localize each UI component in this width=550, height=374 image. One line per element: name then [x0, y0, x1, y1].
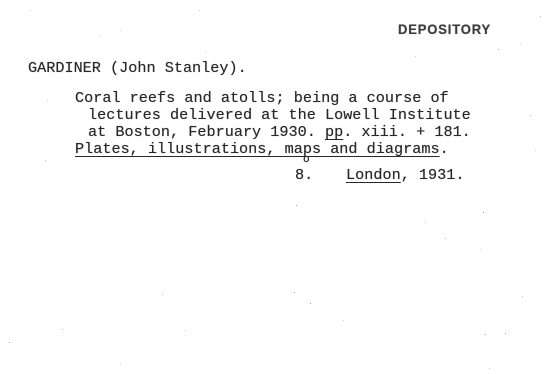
imprint-line: London, 1931. [346, 167, 465, 184]
plates-line: Plates, illustrations, maps and diagrams… [75, 141, 449, 158]
collation-pre: at Boston, February 1930. [88, 123, 325, 141]
collation-line: at Boston, February 1930. pp. xiii. + 18… [88, 124, 471, 141]
author-heading: GARDINER (John Stanley). [28, 60, 247, 77]
collation-post: . xiii. + 181. [343, 123, 471, 141]
title-line-2: lectures delivered at the Lowell Institu… [88, 107, 471, 124]
plates-text: Plates, illustrations, maps and diagrams [75, 140, 440, 158]
imprint-date: , 1931. [401, 166, 465, 184]
title-line-1: Coral reefs and atolls; being a course o… [75, 90, 449, 107]
imprint-place: London [346, 166, 401, 184]
paper-noise [0, 0, 1, 1]
octavo-superscript: o [303, 155, 310, 166]
depository-stamp: DEPOSITORY [398, 21, 491, 37]
pages-abbrev: pp [325, 123, 343, 141]
size-number: 8. [295, 167, 313, 184]
plates-period: . [440, 140, 449, 158]
catalog-card: DEPOSITORY GARDINER (John Stanley). Cora… [0, 0, 550, 374]
